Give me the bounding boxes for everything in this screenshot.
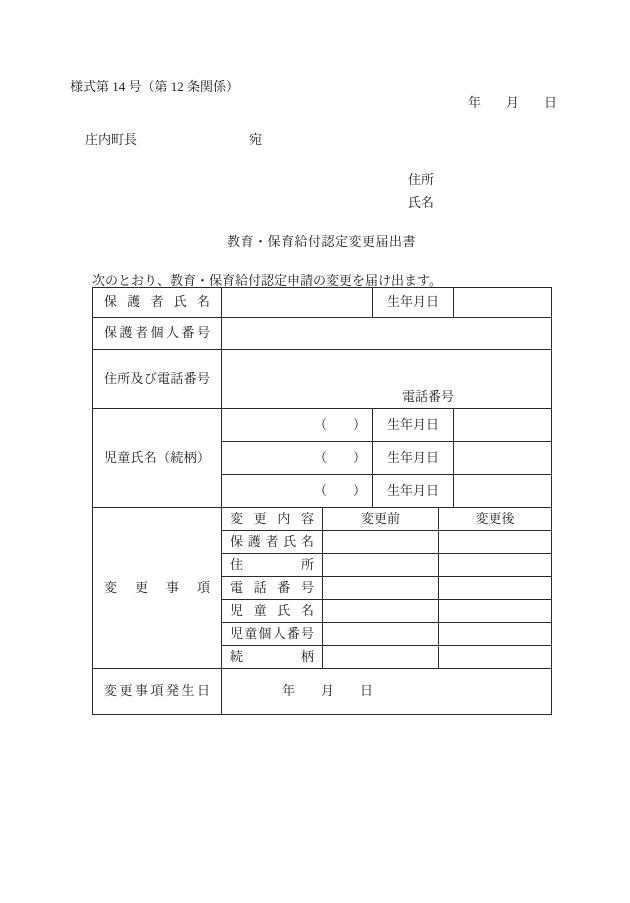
phone-number-label: 電話番号 <box>402 389 454 405</box>
form-number: 様式第 14 号（第 12 条関係） <box>70 76 239 95</box>
applicant-name-label: 氏名 <box>408 192 434 211</box>
child-dob-field-1 <box>454 409 552 442</box>
change-after-field <box>439 577 552 600</box>
child-name-field-3: （ ） <box>222 475 373 508</box>
guardian-name-field <box>222 288 373 318</box>
change-date-field: 年 月 日 <box>222 669 552 715</box>
document-page: 様式第 14 号（第 12 条関係） 年 月 日 庄内町長 宛 住所 氏名 教育… <box>0 0 630 903</box>
guardian-name-row: 保護者氏名 生年月日 <box>93 288 552 318</box>
changes-after-header: 変更後 <box>439 508 552 531</box>
children-label: 児童氏名（続柄） <box>93 409 222 508</box>
child-dob-label-2: 生年月日 <box>373 442 454 475</box>
change-label-child-name: 児童氏名 <box>222 600 323 623</box>
change-date-placeholders: 年 月 日 <box>222 683 551 699</box>
change-before-field <box>323 577 439 600</box>
changes-content-header: 変更内容 <box>222 508 323 531</box>
applicant-address-label: 住所 <box>408 169 434 188</box>
child-dob-label-1: 生年月日 <box>373 409 454 442</box>
child-name-field-2: （ ） <box>222 442 373 475</box>
change-before-field <box>323 600 439 623</box>
change-date-day-label: 日 <box>360 683 373 699</box>
change-after-field <box>439 623 552 646</box>
change-label-relation: 続柄 <box>222 646 323 669</box>
date-month-label: 月 <box>506 92 519 111</box>
change-before-field <box>323 531 439 554</box>
submission-date-line: 年 月 日 <box>468 92 557 111</box>
addressee-suffix: 宛 <box>249 129 262 148</box>
change-date-month-label: 月 <box>321 683 334 699</box>
change-before-field <box>323 554 439 577</box>
guardian-id-field <box>222 318 552 350</box>
child-name-field-1: （ ） <box>222 409 373 442</box>
guardian-name-label: 保護者氏名 <box>93 288 222 318</box>
change-date-year-label: 年 <box>282 683 295 699</box>
address-phone-row: 住所及び電話番号 電話番号 <box>93 350 552 409</box>
change-date-label: 変更事項発生日 <box>93 669 222 715</box>
change-after-field <box>439 646 552 669</box>
change-before-field <box>323 623 439 646</box>
guardian-dob-label: 生年月日 <box>373 288 454 318</box>
change-label-phone: 電話番号 <box>222 577 323 600</box>
guardian-id-row: 保護者個人番号 <box>93 318 552 350</box>
document-title: 教育・保育給付認定変更届出書 <box>92 231 551 250</box>
child-dob-label-3: 生年月日 <box>373 475 454 508</box>
child-row: 児童氏名（続柄） （ ） 生年月日 <box>93 409 552 442</box>
change-after-field <box>439 554 552 577</box>
change-label-child-id: 児童個人番号 <box>222 623 323 646</box>
child-dob-field-2 <box>454 442 552 475</box>
date-year-label: 年 <box>468 92 481 111</box>
change-before-field <box>323 646 439 669</box>
date-day-label: 日 <box>544 92 557 111</box>
change-date-row: 変更事項発生日 年 月 日 <box>93 669 552 715</box>
change-after-field <box>439 531 552 554</box>
address-phone-field: 電話番号 <box>222 350 552 409</box>
change-label-address: 住所 <box>222 554 323 577</box>
guardian-dob-field <box>454 288 552 318</box>
child-dob-field-3 <box>454 475 552 508</box>
address-phone-label: 住所及び電話番号 <box>93 350 222 409</box>
addressee-mayor: 庄内町長 <box>85 129 137 148</box>
changes-header-row: 変更事項 変更内容 変更前 変更後 <box>93 508 552 531</box>
application-form-table: 保護者氏名 生年月日 保護者個人番号 住所及び電話番号 電話番号 児童氏名（続柄… <box>92 287 552 715</box>
change-after-field <box>439 600 552 623</box>
change-label-guardian-name: 保護者氏名 <box>222 531 323 554</box>
guardian-id-label: 保護者個人番号 <box>93 318 222 350</box>
changes-before-header: 変更前 <box>323 508 439 531</box>
changes-section-label: 変更事項 <box>93 508 222 669</box>
